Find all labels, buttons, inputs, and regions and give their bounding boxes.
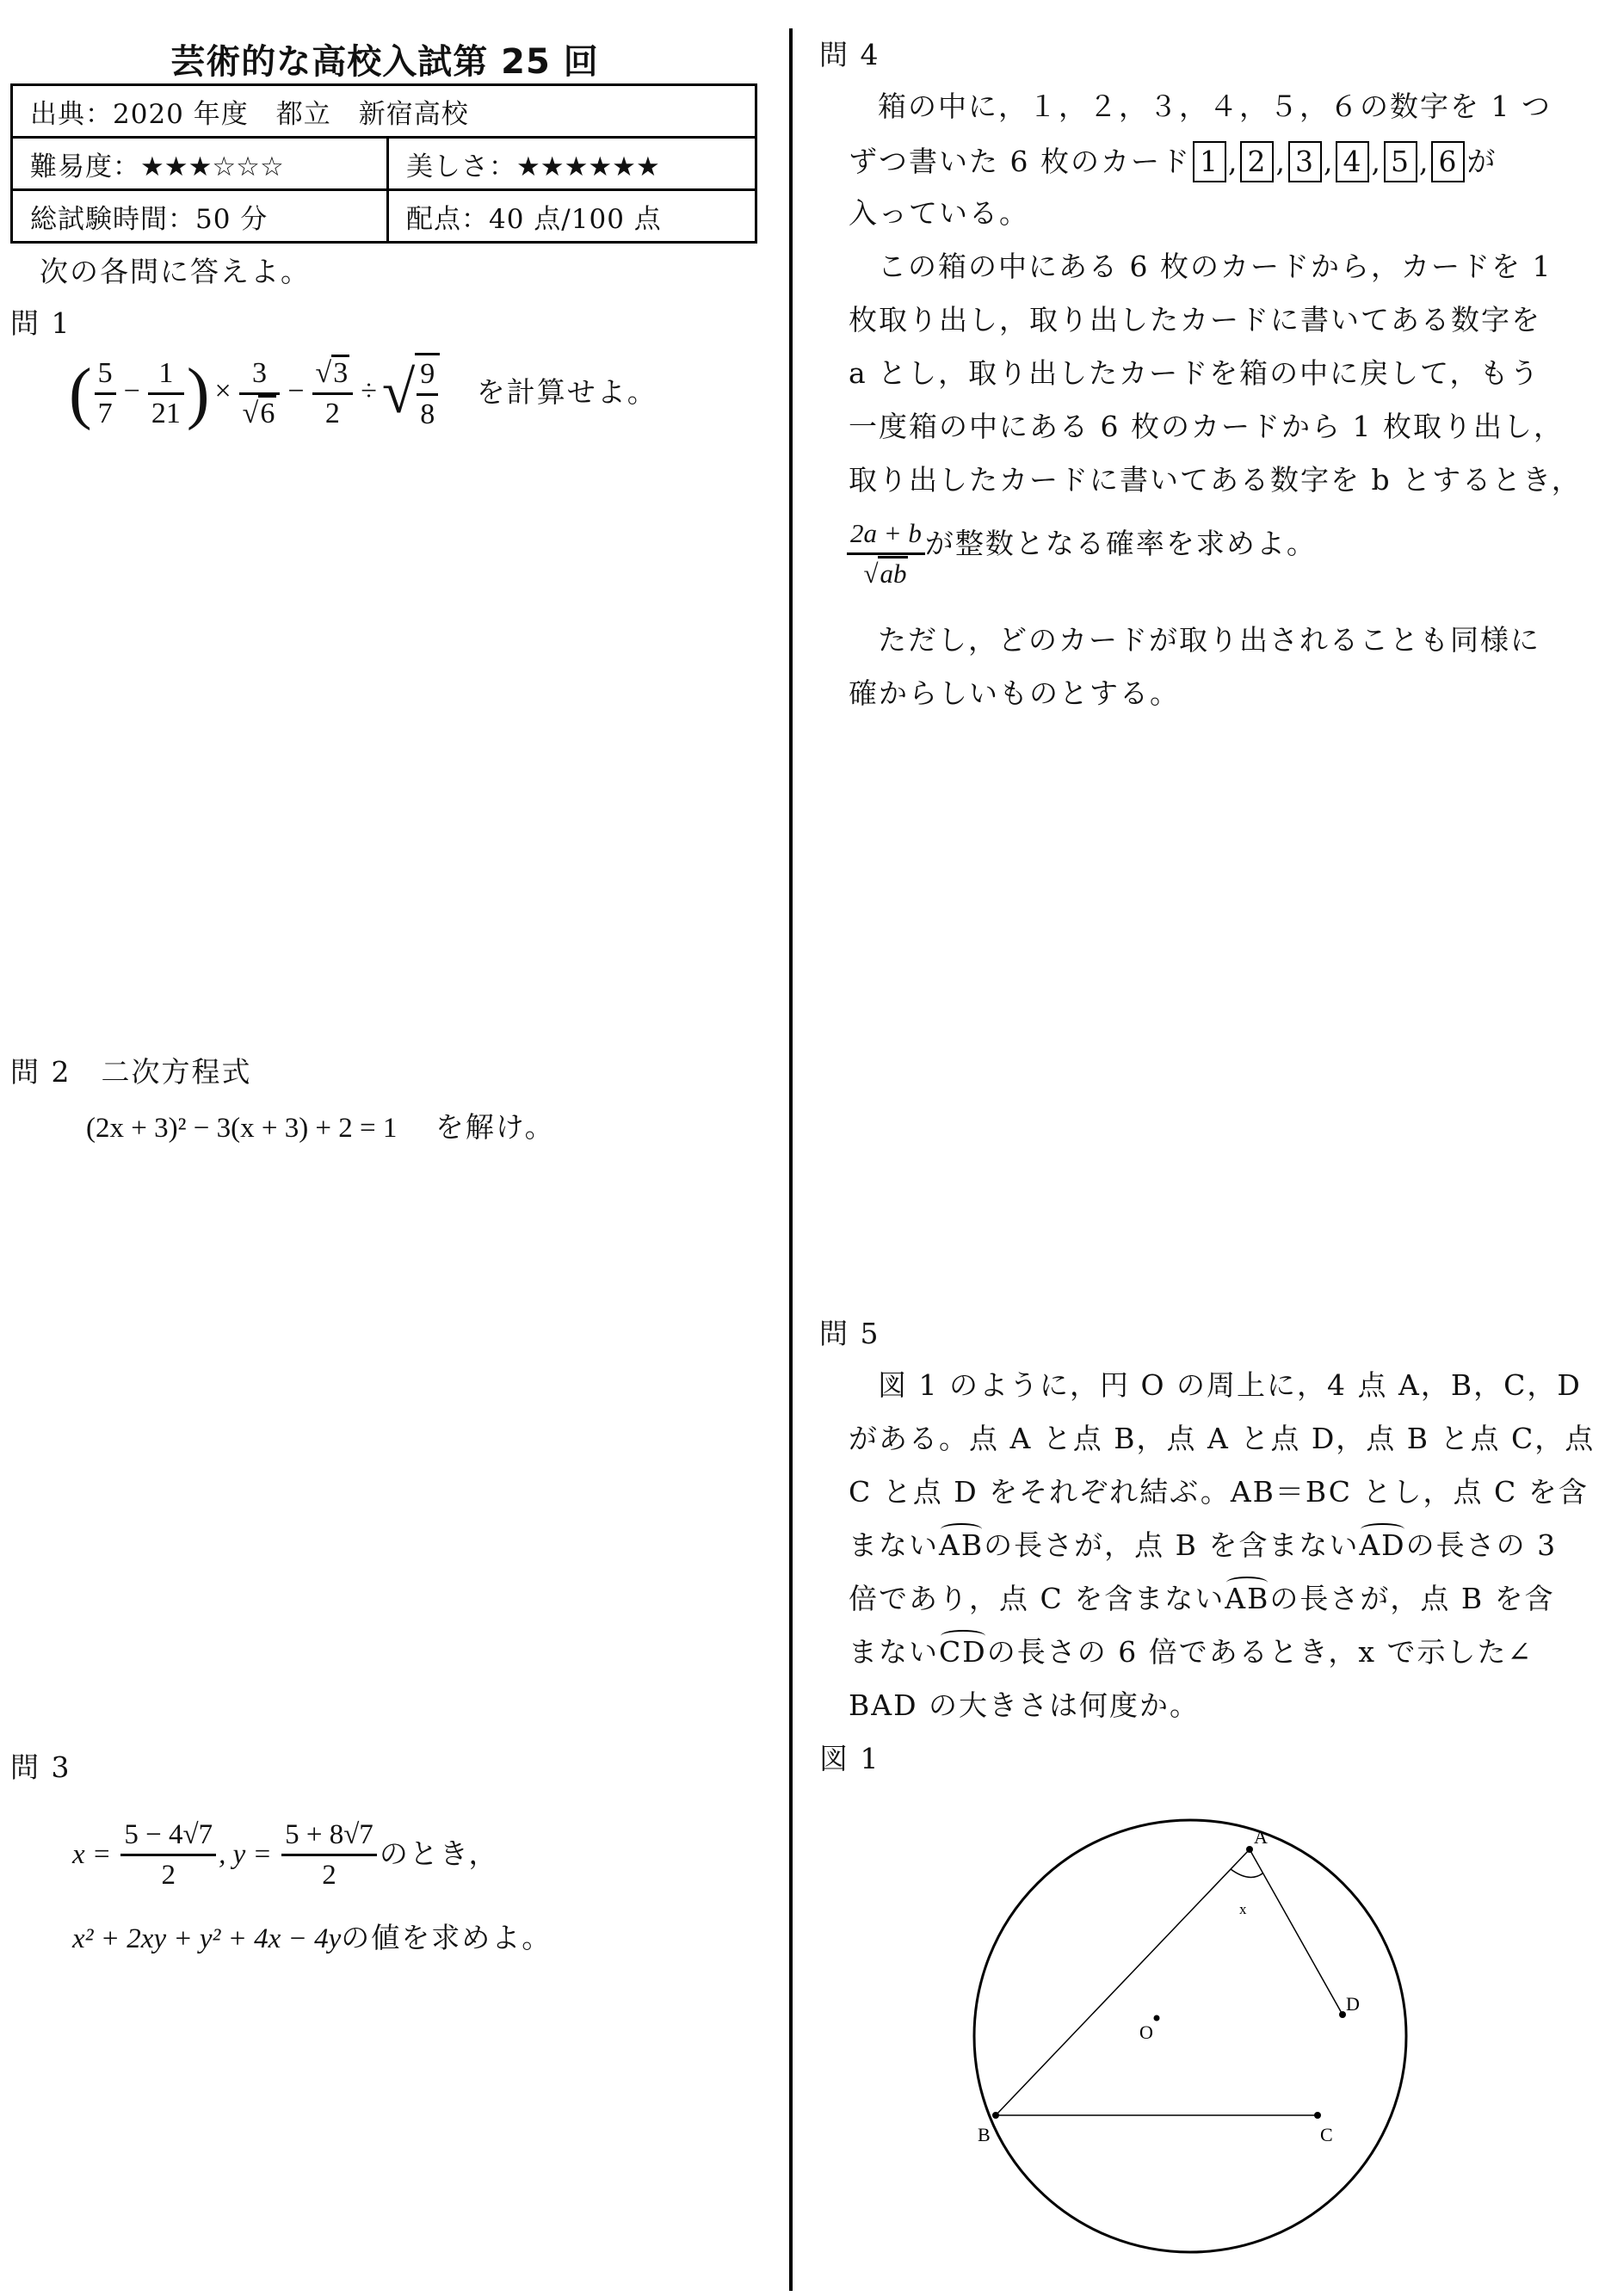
numerator: 2a + b — [847, 515, 925, 555]
card-6: 6 — [1431, 141, 1465, 182]
point-b — [992, 2112, 999, 2119]
q5-line-2: がある。点 A と点 B，点 A と点 D，点 B と点 C，点 — [849, 1422, 1595, 1456]
numerator: √3 — [312, 355, 354, 395]
x-fraction: 5 − 4√72 — [120, 1816, 216, 1894]
denominator: 2 — [312, 395, 354, 433]
label-d: D — [1346, 1993, 1360, 2015]
y-equals: , y = — [219, 1839, 272, 1870]
sqrt-icon: √6 — [243, 395, 277, 433]
radicand: 3 — [331, 355, 349, 389]
q4-line-7: 一度箱の中にある 6 枚のカードから 1 枚取り出し， — [849, 410, 1564, 444]
q2-instruction: を解け。 — [435, 1110, 555, 1144]
segment-ab — [996, 1849, 1250, 2115]
numerator: 5 − 4√7 — [120, 1816, 216, 1856]
q4-line-1: 箱の中に，１，２，３，４，５，６の数字を 1 つ — [878, 89, 1552, 124]
y-fraction: 5 + 8√72 — [281, 1816, 377, 1894]
q5-line-4-b: の長さが，点 B を含まない — [984, 1528, 1359, 1562]
circle-o — [974, 1820, 1406, 2252]
figure-1-circle-diagram: A B C D O x — [947, 1799, 1463, 2296]
column-divider — [789, 28, 793, 2291]
q2-equation-line: (2x + 3)² − 3(x + 3) + 2 = 1 を解け。 — [86, 1110, 555, 1145]
q4-line-9-suffix: が整数となる確率を求めよ。 — [925, 527, 1317, 560]
point-d — [1339, 2011, 1346, 2018]
q4-line-5: 枚取り出し，取り出したカードに書いてある数字を — [849, 303, 1541, 337]
q5-line-1: 図 1 のように，円 O の周上に，4 点 A，B，C，D — [878, 1368, 1582, 1403]
q4-line-3: 入っている。 — [849, 196, 1029, 231]
x-equals: x = — [72, 1839, 111, 1870]
label-c: C — [1320, 2124, 1333, 2145]
q5-line-5-a: 倍であり，点 C を含まない — [849, 1582, 1225, 1615]
difficulty-label: 難易度： — [30, 151, 140, 182]
info-row-source: 出典：2020 年度 都立 新宿高校 — [12, 85, 756, 138]
sqrt-icon: √3 — [316, 355, 350, 392]
arc-CD: CD — [939, 1635, 987, 1670]
sqrt-icon: √98 — [382, 353, 440, 434]
card-3: 3 — [1288, 141, 1322, 182]
point-o — [1154, 2015, 1160, 2021]
card-2: 2 — [1240, 141, 1274, 182]
fraction-3-sqrt6: 3√6 — [239, 355, 281, 433]
left-paren: ( — [69, 355, 92, 431]
card-4: 4 — [1336, 141, 1369, 182]
numerator: 3 — [239, 355, 281, 395]
q1-instruction: を計算せよ。 — [477, 378, 657, 409]
minus-sign: − — [124, 375, 140, 407]
minus-sign: − — [287, 375, 304, 407]
fraction-9-8: 98 — [415, 353, 440, 434]
q4-line-6: a とし，取り出したカードを箱の中に戻して，もう — [849, 356, 1540, 391]
q5-line-6-a: まない — [849, 1635, 939, 1669]
fraction-5-7: 57 — [95, 355, 116, 433]
q2-label: 問 2 二次方程式 — [10, 1055, 252, 1089]
fraction-1-21: 121 — [148, 355, 184, 433]
radicand: ab — [878, 556, 908, 589]
card-1: 1 — [1193, 141, 1226, 182]
segment-ad — [1250, 1849, 1343, 2015]
divide-sign: ÷ — [361, 375, 377, 407]
denominator: 2 — [120, 1856, 216, 1894]
q5-line-6: まないCDの長さの 6 倍であるとき，x で示した∠ — [849, 1635, 1533, 1670]
denominator: 2 — [281, 1856, 377, 1894]
angle-arc-icon — [1231, 1869, 1262, 1877]
arc-AB: AB — [939, 1528, 984, 1563]
radicand: 6 — [258, 395, 276, 429]
point-c — [1314, 2112, 1321, 2119]
times-sign: × — [214, 375, 231, 407]
q1-label: 問 1 — [10, 306, 71, 341]
sqrt-icon: √ab — [863, 555, 908, 593]
q4-line-2-prefix: ずつ書いた 6 枚のカード — [849, 145, 1191, 178]
numerator: 5 + 8√7 — [281, 1816, 377, 1856]
numerator: 9 — [417, 355, 438, 396]
label-o: O — [1139, 2021, 1153, 2043]
figure-label: 図 1 — [819, 1742, 880, 1776]
q3-condition: x = 5 − 4√72, y = 5 + 8√72のとき， — [72, 1816, 499, 1894]
beauty-cell: 美しさ：★★★★★★ — [388, 138, 756, 190]
label-b: B — [978, 2124, 991, 2145]
denominator: 7 — [95, 395, 116, 433]
label-angle-x: x — [1239, 1901, 1247, 1917]
difficulty-stars: ★★★☆☆☆ — [140, 151, 284, 182]
source-cell: 出典：2020 年度 都立 新宿高校 — [12, 85, 756, 138]
q4-fraction: 2a + b√ab — [847, 515, 925, 593]
instructions: 次の各問に答えよ。 — [40, 255, 311, 289]
beauty-stars: ★★★★★★ — [516, 151, 660, 182]
info-table: 出典：2020 年度 都立 新宿高校 難易度：★★★☆☆☆ 美しさ：★★★★★★… — [10, 83, 757, 244]
q3-question-line: x² + 2xy + y² + 4x − 4yの値を求めよ。 — [72, 1921, 552, 1955]
q3-expression: x² + 2xy + y² + 4x − 4y — [72, 1923, 341, 1954]
right-paren: ) — [187, 355, 210, 431]
arc-AD: AD — [1359, 1528, 1405, 1563]
q5-line-5: 倍であり，点 C を含まないABの長さが，点 B を含 — [849, 1582, 1555, 1616]
q4-line-11: 確からしいものとする。 — [849, 676, 1180, 711]
page-title: 芸術的な高校入試第 25 回 — [0, 34, 769, 83]
q4-line-8: 取り出したカードに書いてある数字を b とするとき， — [849, 463, 1582, 497]
q4-line-2-suffix: が — [1466, 145, 1497, 178]
q5-line-7: BAD の大きさは何度か。 — [849, 1688, 1200, 1723]
q5-line-4-c: の長さの 3 — [1406, 1528, 1558, 1562]
page-title-text: 芸術的な高校入試第 25 回 — [169, 42, 601, 86]
numerator: 1 — [148, 355, 184, 395]
q4-line-10: ただし，どのカードが取り出されることも同様に — [878, 623, 1540, 657]
q5-line-4: まないABの長さが，点 B を含まないADの長さの 3 — [849, 1528, 1557, 1563]
fraction-sqrt3-2: √32 — [312, 355, 354, 433]
info-row-ratings: 難易度：★★★☆☆☆ 美しさ：★★★★★★ — [12, 138, 756, 190]
q5-line-5-b: の長さが，点 B を含 — [1269, 1582, 1554, 1615]
point-a — [1246, 1846, 1253, 1853]
q4-line-9: 2a + b√abが整数となる確率を求めよ。 — [847, 515, 1317, 593]
beauty-label: 美しさ： — [406, 151, 516, 182]
info-row-time-points: 総試験時間：50 分 配点：40 点/100 点 — [12, 190, 756, 243]
difficulty-cell: 難易度：★★★☆☆☆ — [12, 138, 388, 190]
denominator: √ab — [847, 555, 925, 593]
q4-line-4: この箱の中にある 6 枚のカードから，カードを 1 — [878, 250, 1552, 284]
card-5: 5 — [1384, 141, 1417, 182]
denominator: 8 — [417, 396, 438, 434]
points-cell: 配点：40 点/100 点 — [388, 190, 756, 243]
denominator: 21 — [148, 395, 184, 433]
q5-line-6-b: の長さの 6 倍であるとき，x で示した∠ — [987, 1635, 1533, 1669]
q2-equation: (2x + 3)² − 3(x + 3) + 2 = 1 — [86, 1113, 397, 1144]
q5-label: 問 5 — [819, 1317, 880, 1351]
q5-line-3: C と点 D をそれぞれ結ぶ。AB＝BC とし，点 C を含 — [849, 1475, 1589, 1509]
q5-line-4-a: まない — [849, 1528, 939, 1562]
q3-cond-suffix: のとき， — [380, 1840, 499, 1871]
label-a: A — [1254, 1826, 1268, 1848]
q3-label: 問 3 — [10, 1750, 71, 1785]
q4-line-2: ずつ書いた 6 枚のカード1,2,3,4,5,6が — [849, 141, 1497, 182]
arc-AB: AB — [1225, 1582, 1269, 1616]
q4-label: 問 4 — [819, 38, 880, 72]
q1-expression: (57−121)×3√6−√32÷√98 を計算せよ。 — [69, 353, 657, 434]
numerator: 5 — [95, 355, 116, 395]
q3-instruction: の値を求めよ。 — [341, 1921, 552, 1954]
denominator: √6 — [239, 395, 281, 433]
time-cell: 総試験時間：50 分 — [12, 190, 388, 243]
